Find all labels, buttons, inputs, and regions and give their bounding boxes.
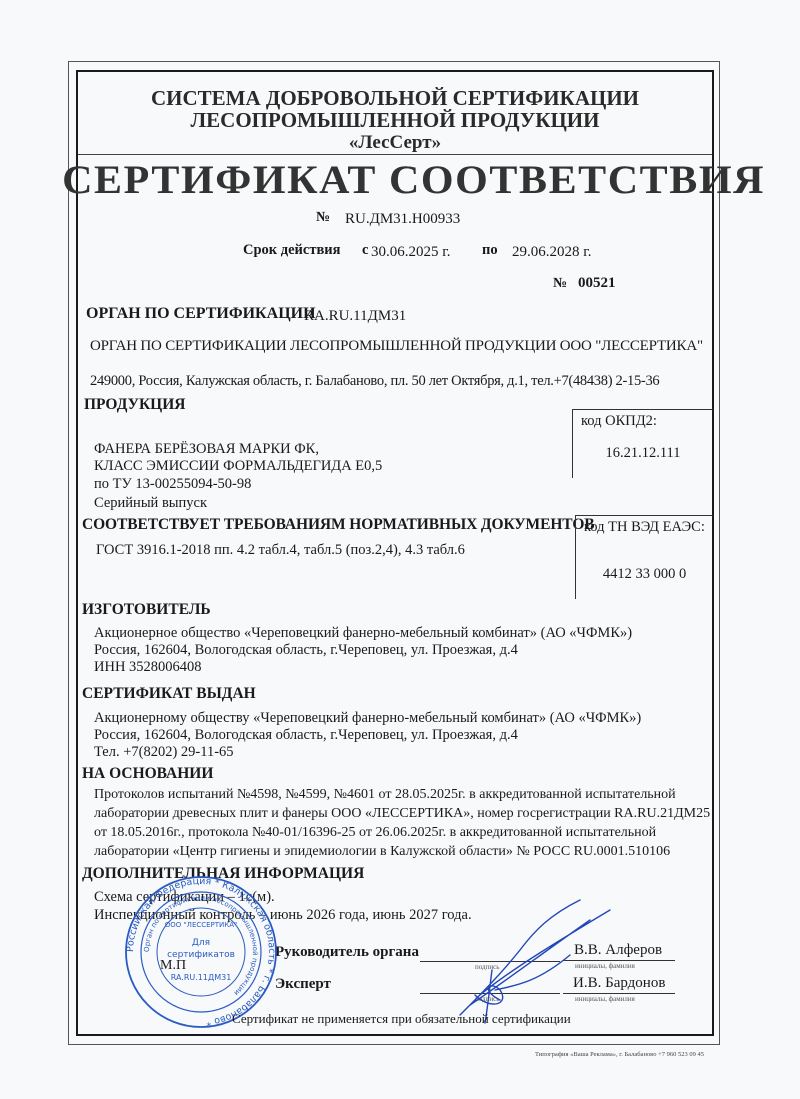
validity-to-label: по — [482, 242, 498, 259]
basis-line-1: Протоколов испытаний №4598, №4599, №4601… — [94, 787, 676, 803]
tnved-code-box: код ТН ВЭД ЕАЭС: 4412 33 000 0 — [575, 515, 713, 599]
manufacturer-line-3: ИНН 3528006408 — [94, 659, 202, 676]
manufacturer-line-1: Акционерное общество «Череповецкий фанер… — [94, 625, 632, 642]
issued-to-heading: СЕРТИФИКАТ ВЫДАН — [82, 685, 256, 703]
certificate-number: RU.ДМ31.Н00933 — [345, 211, 460, 228]
system-title-line1: СИСТЕМА ДОБРОВОЛЬНОЙ СЕРТИФИКАЦИИ — [78, 86, 712, 110]
printer-info: Типография «Ваша Реклама», г. Балабаново… — [535, 1051, 704, 1058]
manufacturer-heading: ИЗГОТОВИТЕЛЬ — [82, 601, 211, 619]
certification-body-name: ОРГАН ПО СЕРТИФИКАЦИИ ЛЕСОПРОМЫШЛЕННОЙ П… — [90, 338, 703, 355]
basis-line-2: лаборатории древесных плит и фанеры ООО … — [94, 806, 710, 822]
validity-from-label: с — [362, 242, 368, 259]
certification-body-code: RA.RU.11ДМ31 — [304, 308, 406, 325]
okpd-value: 16.21.12.111 — [573, 445, 713, 462]
issued-to-line-2: Россия, 162604, Вологодская область, г.Ч… — [94, 727, 518, 744]
validity-to-date: 29.06.2028 г. — [512, 244, 591, 261]
certification-stamp: Российская Федерация * Калужская область… — [116, 875, 286, 1030]
validity-label: Срок действия — [243, 242, 340, 259]
product-heading: ПРОДУКЦИЯ — [84, 396, 186, 414]
issued-to-line-1: Акционерному обществу «Череповецкий фане… — [94, 710, 641, 727]
tnved-label: код ТН ВЭД ЕАЭС: — [584, 519, 705, 536]
validity-from-date: 30.06.2025 г. — [371, 244, 450, 261]
basis-line-4: лаборатории «Центр гигиены и эпидемиолог… — [94, 844, 670, 860]
issued-to-line-3: Тел. +7(8202) 29-11-65 — [94, 744, 234, 761]
form-number: 00521 — [578, 275, 616, 292]
okpd-label: код ОКПД2: — [581, 413, 657, 430]
basis-line-3: от 18.05.2016г., протокола №40-01/16396-… — [94, 825, 656, 841]
product-line-2: КЛАСС ЭМИССИИ ФОРМАЛЬДЕГИДА Е0,5 — [94, 458, 382, 475]
stamp-code: RA.RU.11ДМ31 — [171, 973, 232, 982]
product-line-4: Серийный выпуск — [94, 495, 207, 512]
certificate-title: СЕРТИФИКАТ СООТВЕТСТВИЯ — [62, 156, 728, 203]
system-title-line2: ЛЕСОПРОМЫШЛЕННОЙ ПРОДУКЦИИ — [78, 108, 712, 132]
certification-body-address: 249000, Россия, Калужская область, г. Ба… — [90, 373, 659, 390]
head-label: Руководитель органа — [275, 944, 419, 961]
signature-scribble — [440, 895, 640, 1025]
stamp-company: ООО "ЛЕССЕРТИКА" — [165, 921, 238, 929]
form-number-sign: № — [553, 276, 567, 292]
number-sign: № — [316, 210, 330, 226]
header-divider — [78, 154, 712, 155]
compliance-heading: СООТВЕТСТВУЕТ ТРЕБОВАНИЯМ НОРМАТИВНЫХ ДО… — [82, 516, 595, 534]
footer-note: Сертификат не применяется при обязательн… — [232, 1011, 571, 1027]
stamp-center-line2: сертификатов — [167, 950, 235, 960]
basis-heading: НА ОСНОВАНИИ — [82, 765, 213, 783]
product-line-1: ФАНЕРА БЕРЁЗОВАЯ МАРКИ ФК, — [94, 441, 319, 458]
stamp-center-line1: Для — [192, 938, 210, 948]
product-line-3: по ТУ 13-00255094-50-98 — [94, 476, 251, 493]
tnved-value: 4412 33 000 0 — [576, 566, 713, 583]
manufacturer-line-2: Россия, 162604, Вологодская область, г.Ч… — [94, 642, 518, 659]
okpd-code-box: код ОКПД2: 16.21.12.111 — [572, 409, 713, 478]
certification-body-heading: ОРГАН ПО СЕРТИФИКАЦИИ — [86, 305, 316, 323]
system-name: «ЛесСерт» — [78, 131, 712, 155]
compliance-documents: ГОСТ 3916.1-2018 пп. 4.2 табл.4, табл.5 … — [96, 542, 465, 559]
